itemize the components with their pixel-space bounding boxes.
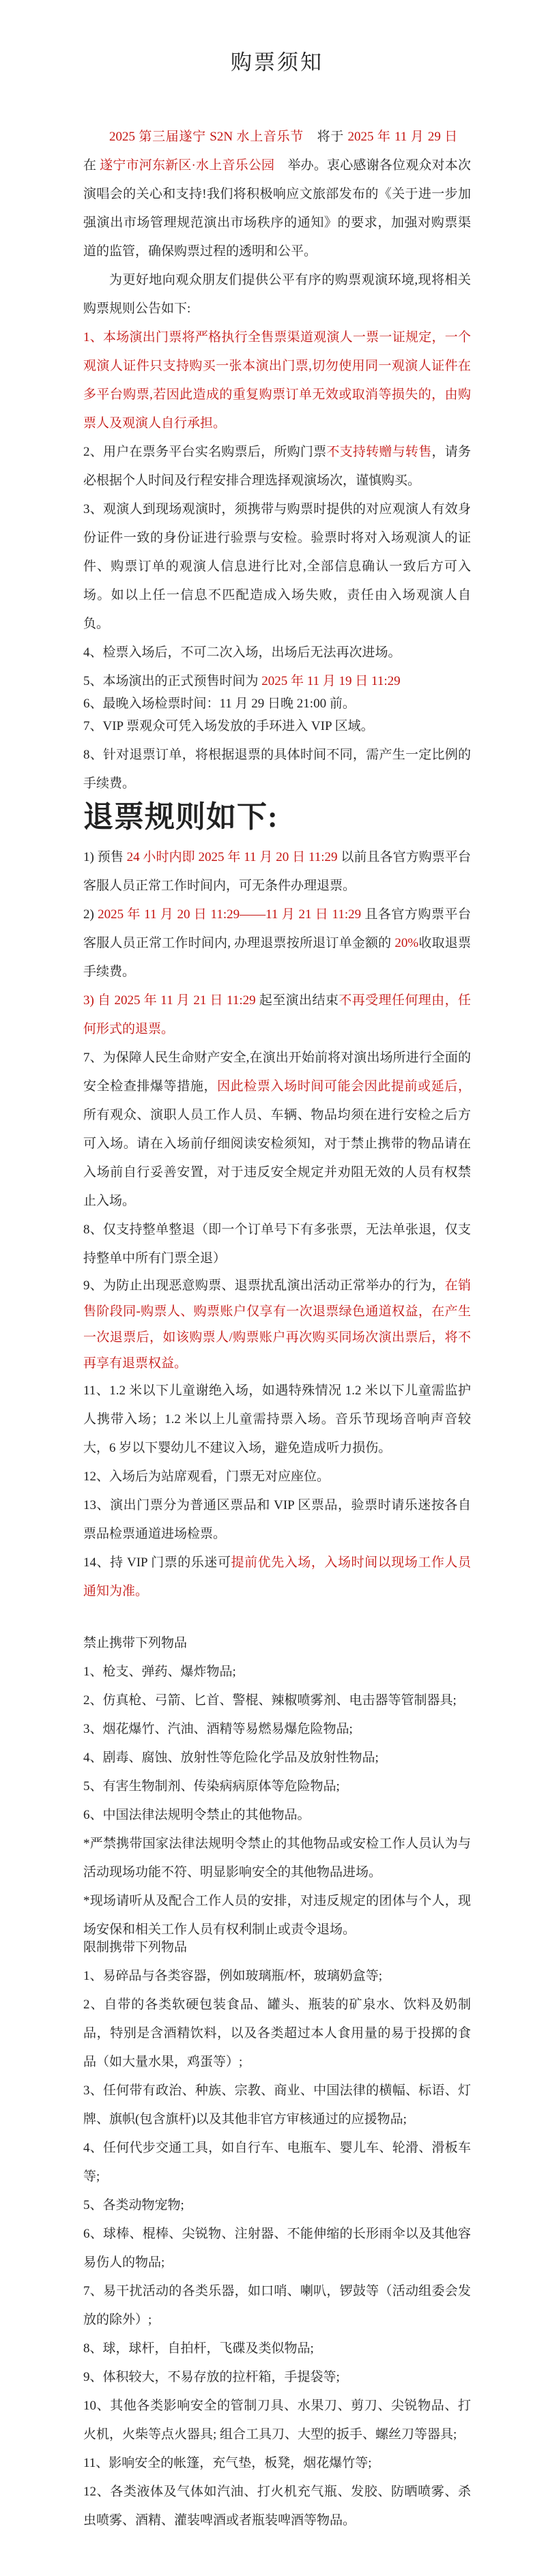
- text-segment: 8、球，球杆，自拍杆，飞碟及类似物品;: [83, 2341, 314, 2356]
- rule-12: 12、入场后为站席观看，门票无对应座位。: [83, 1463, 471, 1491]
- notice-body: 2025 第三届遂宁 S2N 水上音乐节 将于 2025 年 11 月 29 日…: [83, 123, 471, 2535]
- text-segment: 2、自带的各类软硬包装食品、罐头、瓶装的矿泉水、饮料及奶制品，特别是含酒精饮料，…: [83, 1997, 471, 2069]
- rule-11: 11、1.2 米以下儿童谢绝入场，如遇特殊情况 1.2 米以下儿童需监护人携带入…: [83, 1377, 471, 1463]
- text-segment: 3、观演人到现场观演时，须携带与购票时提供的对应观演人有效身份证件一致的身份证进…: [83, 502, 471, 631]
- text-segment: 限制携带下列物品: [83, 1940, 187, 1955]
- text-segment: 10、其他各类影响安全的管制刀具、水果刀、剪刀、尖锐物品、打火机，火柴等点火器具…: [83, 2399, 471, 2442]
- text-segment: 4、剧毒、腐蚀、放射性等危险化学品及放射性物品;: [83, 1751, 379, 1765]
- restricted-item-6: 6、球棒、棍棒、尖锐物、注射器、不能伸缩的长形雨伞以及其他容易伤人的物品;: [83, 2220, 471, 2277]
- text-segment: 1、易碎品与各类容器，例如玻璃瓶/杯，玻璃奶盒等;: [83, 1969, 382, 1983]
- text-segment: 8、仅支持整单整退（即一个订单号下有多张票，无法单张退，仅支持整单中所有门票全退…: [83, 1223, 471, 1265]
- text-segment: 5、本场演出的正式预售时间为: [83, 674, 261, 688]
- rule-5: 5、本场演出的正式预售时间为 2025 年 11 月 19 日 11:29: [83, 667, 471, 696]
- text-segment: 12、入场后为站席观看，门票无对应座位。: [83, 1469, 330, 1484]
- restricted-item-10: 10、其他各类影响安全的管制刀具、水果刀、剪刀、尖锐物品、打火机，火柴等点火器具…: [83, 2392, 471, 2449]
- text-segment: 11、1.2 米以下儿童谢绝入场，如遇特殊情况 1.2 米以下儿童需监护人携带入…: [83, 1384, 471, 1455]
- rule-13: 13、演出门票分为普通区票品和 VIP 区票品，验票时请乐迷按各自票品检票通道进…: [83, 1491, 471, 1549]
- restricted-item-8: 8、球，球杆，自拍杆，飞碟及类似物品;: [83, 2334, 471, 2363]
- text-segment: 5、有害生物制剂、传染病病原体等危险物品;: [83, 1779, 340, 1794]
- highlighted-text: 3) 自 2025 年 11 月 21 日 11:29: [83, 993, 256, 1008]
- rule-7: 7、VIP 票观众可凭入场发放的手环进入 VIP 区域。: [83, 712, 471, 741]
- notice-document: 购票须知 2025 第三届遂宁 S2N 水上音乐节 将于 2025 年 11 月…: [0, 0, 546, 2576]
- text-segment: 1、枪支、弹药、爆炸物品;: [83, 1665, 236, 1679]
- highlighted-text: 2025 第三届遂宁 S2N 水上音乐节: [109, 130, 304, 144]
- restricted-item-11: 11、影响安全的帐篷，充气垫，板凳，烟花爆竹等;: [83, 2449, 471, 2478]
- prohibited-item-3: 3、烟花爆竹、汽油、酒精等易燃易爆危险物品;: [83, 1715, 471, 1744]
- text-segment: *现场请听从及配合工作人员的安排，对违反规定的团体与个人，现场安保和相关工作人员…: [83, 1894, 471, 1937]
- refund-rule-1: 1) 预售 24 小时内即 2025 年 11 月 20 日 11:29 以前且…: [83, 843, 471, 901]
- restricted-item-12: 12、各类液体及气体如汽油、打火机充气瓶、发胶、防晒喷雾、杀虫喷雾、酒精、灌装啤…: [83, 2478, 471, 2535]
- highlighted-text: 20%: [394, 936, 418, 950]
- text-segment: 4、检票入场后，不可二次入场，出场后无法再次进场。: [83, 645, 401, 660]
- restricted-item-7: 7、易干扰活动的各类乐器，如口哨、喇叭，锣鼓等（活动组委会发放的除外）;: [83, 2277, 471, 2334]
- rule-1: 1、本场演出门票将严格执行全售票渠道观演人一票一证规定，一个观演人证件只支持购买…: [83, 323, 471, 438]
- text-segment: 将于: [304, 130, 348, 144]
- restricted-item-1: 1、易碎品与各类容器，例如玻璃瓶/杯，玻璃奶盒等;: [83, 1962, 471, 1991]
- highlighted-text: 1、本场演出门票将严格执行全售票渠道观演人一票一证规定，一个观演人证件只支持购买…: [83, 330, 471, 430]
- refund-rule-3: 3) 自 2025 年 11 月 21 日 11:29 起至演出结束不再受理任何…: [83, 986, 471, 1044]
- highlighted-text: 遂宁市河东新区·水上音乐公园: [100, 158, 274, 173]
- text-segment: 7、VIP 票观众可凭入场发放的手环进入 VIP 区域。: [83, 719, 374, 733]
- text-segment: 6、中国法律法规明令禁止的其他物品。: [83, 1808, 311, 1822]
- text-segment: 13、演出门票分为普通区票品和 VIP 区票品，验票时请乐迷按各自票品检票通道进…: [83, 1498, 471, 1541]
- rule-6: 6、最晚入场检票时间：11 月 29 日晚 21:00 前。: [83, 696, 471, 712]
- text-segment: 14、持 VIP 门票的乐迷可: [83, 1555, 231, 1570]
- highlighted-text: 因此检票入场时间可能会因此提前或延后，: [217, 1079, 471, 1094]
- text-segment: 2): [83, 907, 98, 922]
- text-segment: 退票规则如下:: [83, 800, 278, 834]
- restricted-item-5: 5、各类动物宠物;: [83, 2191, 471, 2220]
- restricted-item-4: 4、任何代步交通工具，如自行车、电瓶车、婴儿车、轮滑、滑板车等;: [83, 2134, 471, 2191]
- highlighted-text: 2025 年 11 月 20 日 11:29——11 月 21 日 11:29: [98, 907, 361, 922]
- rule-safety-7: 7、为保障人民生命财产安全,在演出开始前将对演出场所进行全面的安全检查排爆等措施…: [83, 1044, 471, 1216]
- prohibited-item-5: 5、有害生物制剂、传染病病原体等危险物品;: [83, 1772, 471, 1801]
- text-segment: 6、最晚入场检票时间：11 月 29 日晚 21:00 前。: [83, 697, 356, 711]
- page-title: 购票须知: [83, 48, 471, 78]
- restricted-item-3: 3、任何带有政治、种族、宗教、商业、中国法律的横幅、标语、灯牌、旗帜(包含旗杆)…: [83, 2077, 471, 2134]
- text-segment: 所有观众、演职人员工作人员、车辆、物品均须在进行安检之后方可入场。请在入场前仔细…: [83, 1108, 471, 1208]
- text-segment: 2、仿真枪、弓箭、匕首、警棍、辣椒喷雾剂、电击器等管制器具;: [83, 1693, 457, 1708]
- text-segment: 5、各类动物宠物;: [83, 2198, 184, 2212]
- prohibited-item-4: 4、剧毒、腐蚀、放射性等危险化学品及放射性物品;: [83, 1744, 471, 1772]
- restricted-item-2: 2、自带的各类软硬包装食品、罐头、瓶装的矿泉水、饮料及奶制品，特别是含酒精饮料，…: [83, 1991, 471, 2077]
- highlighted-text: 2025 年 11 月 29 日: [347, 130, 458, 144]
- text-segment: 9、体积较大，不易存放的拉杆箱，手提袋等;: [83, 2370, 340, 2384]
- rule-2: 2、用户在票务平台实名购票后，所购门票不支持转赠与转售，请务必根据个人时间及行程…: [83, 438, 471, 495]
- rule-8: 8、针对退票订单，将根据退票的具体时间不同，需产生一定比例的手续费。: [83, 741, 471, 798]
- prohibited-items-heading: 禁止携带下列物品: [83, 1629, 471, 1658]
- text-segment: 12、各类液体及气体如汽油、打火机充气瓶、发胶、防晒喷雾、杀虫喷雾、酒精、灌装啤…: [83, 2485, 471, 2528]
- prohibited-item-2: 2、仿真枪、弓箭、匕首、警棍、辣椒喷雾剂、电击器等管制器具;: [83, 1686, 471, 1715]
- rule-9: 9、为防止出现恶意购票、退票扰乱演出活动正常举办的行为，在销售阶段同-购票人、购…: [83, 1273, 471, 1377]
- highlighted-text: 24 小时内即 2025 年 11 月 20 日 11:29: [127, 850, 338, 864]
- text-segment: 6、球棒、棍棒、尖锐物、注射器、不能伸缩的长形雨伞以及其他容易伤人的物品;: [83, 2227, 471, 2270]
- text-segment: 起至演出结束: [256, 993, 339, 1008]
- text-segment: 2、用户在票务平台实名购票后，所购门票: [83, 445, 326, 459]
- text-segment: *严禁携带国家法律法规明令禁止的其他物品或安检工作人员认为与活动现场功能不符、明…: [83, 1836, 471, 1879]
- text-segment: 3、烟花爆竹、汽油、酒精等易燃易爆危险物品;: [83, 1722, 353, 1736]
- rule-14: 14、持 VIP 门票的乐迷可提前优先入场，入场时间以现场工作人员通知为准。: [83, 1549, 471, 1606]
- rule-3: 3、观演人到现场观演时，须携带与购票时提供的对应观演人有效身份证件一致的身份证进…: [83, 495, 471, 639]
- text-segment: 7、易干扰活动的各类乐器，如口哨、喇叭，锣鼓等（活动组委会发放的除外）;: [83, 2284, 471, 2327]
- security-note-1: *严禁携带国家法律法规明令禁止的其他物品或安检工作人员认为与活动现场功能不符、明…: [83, 1830, 471, 1887]
- prohibited-item-1: 1、枪支、弹药、爆炸物品;: [83, 1658, 471, 1686]
- text-segment: 9、为防止出现恶意购票、退票扰乱演出活动正常举办的行为，: [83, 1278, 445, 1293]
- text-segment: 禁止携带下列物品: [83, 1636, 187, 1650]
- highlighted-text: 不支持转赠与转售: [326, 445, 431, 459]
- prohibited-item-6: 6、中国法律法规明令禁止的其他物品。: [83, 1801, 471, 1830]
- intro-paragraph-2: 为更好地向观众朋友们提供公平有序的购票观演环境,现将相关购票规则公告如下:: [83, 266, 471, 323]
- rule-refund-whole-order-8: 8、仅支持整单整退（即一个订单号下有多张票，无法单张退，仅支持整单中所有门票全退…: [83, 1216, 471, 1273]
- highlighted-text: 2025 年 11 月 19 日 11:29: [261, 674, 400, 688]
- refund-rule-2: 2) 2025 年 11 月 20 日 11:29——11 月 21 日 11:…: [83, 901, 471, 986]
- intro-paragraph-1: 2025 第三届遂宁 S2N 水上音乐节 将于 2025 年 11 月 29 日…: [83, 123, 471, 266]
- rule-4: 4、检票入场后，不可二次入场，出场后无法再次进场。: [83, 639, 471, 667]
- restricted-item-9: 9、体积较大，不易存放的拉杆箱，手提袋等;: [83, 2363, 471, 2392]
- text-segment: 4、任何代步交通工具，如自行车、电瓶车、婴儿车、轮滑、滑板车等;: [83, 2141, 471, 2184]
- text-segment: 1) 预售: [83, 850, 127, 864]
- text-segment: 11、影响安全的帐篷，充气垫，板凳，烟花爆竹等;: [83, 2456, 372, 2470]
- text-segment: 举办。衷心感谢各位观众对本次演唱会的关心和支持!我们将积极响应文旅部发布的《关于…: [83, 158, 471, 259]
- text-segment: 8、针对退票订单，将根据退票的具体时间不同，需产生一定比例的手续费。: [83, 748, 471, 791]
- text-segment: 3、任何带有政治、种族、宗教、商业、中国法律的横幅、标语、灯牌、旗帜(包含旗杆)…: [83, 2083, 471, 2126]
- refund-rules-heading: 退票规则如下:: [83, 798, 471, 836]
- text-segment: 为更好地向观众朋友们提供公平有序的购票观演环境,现将相关购票规则公告如下:: [83, 273, 471, 316]
